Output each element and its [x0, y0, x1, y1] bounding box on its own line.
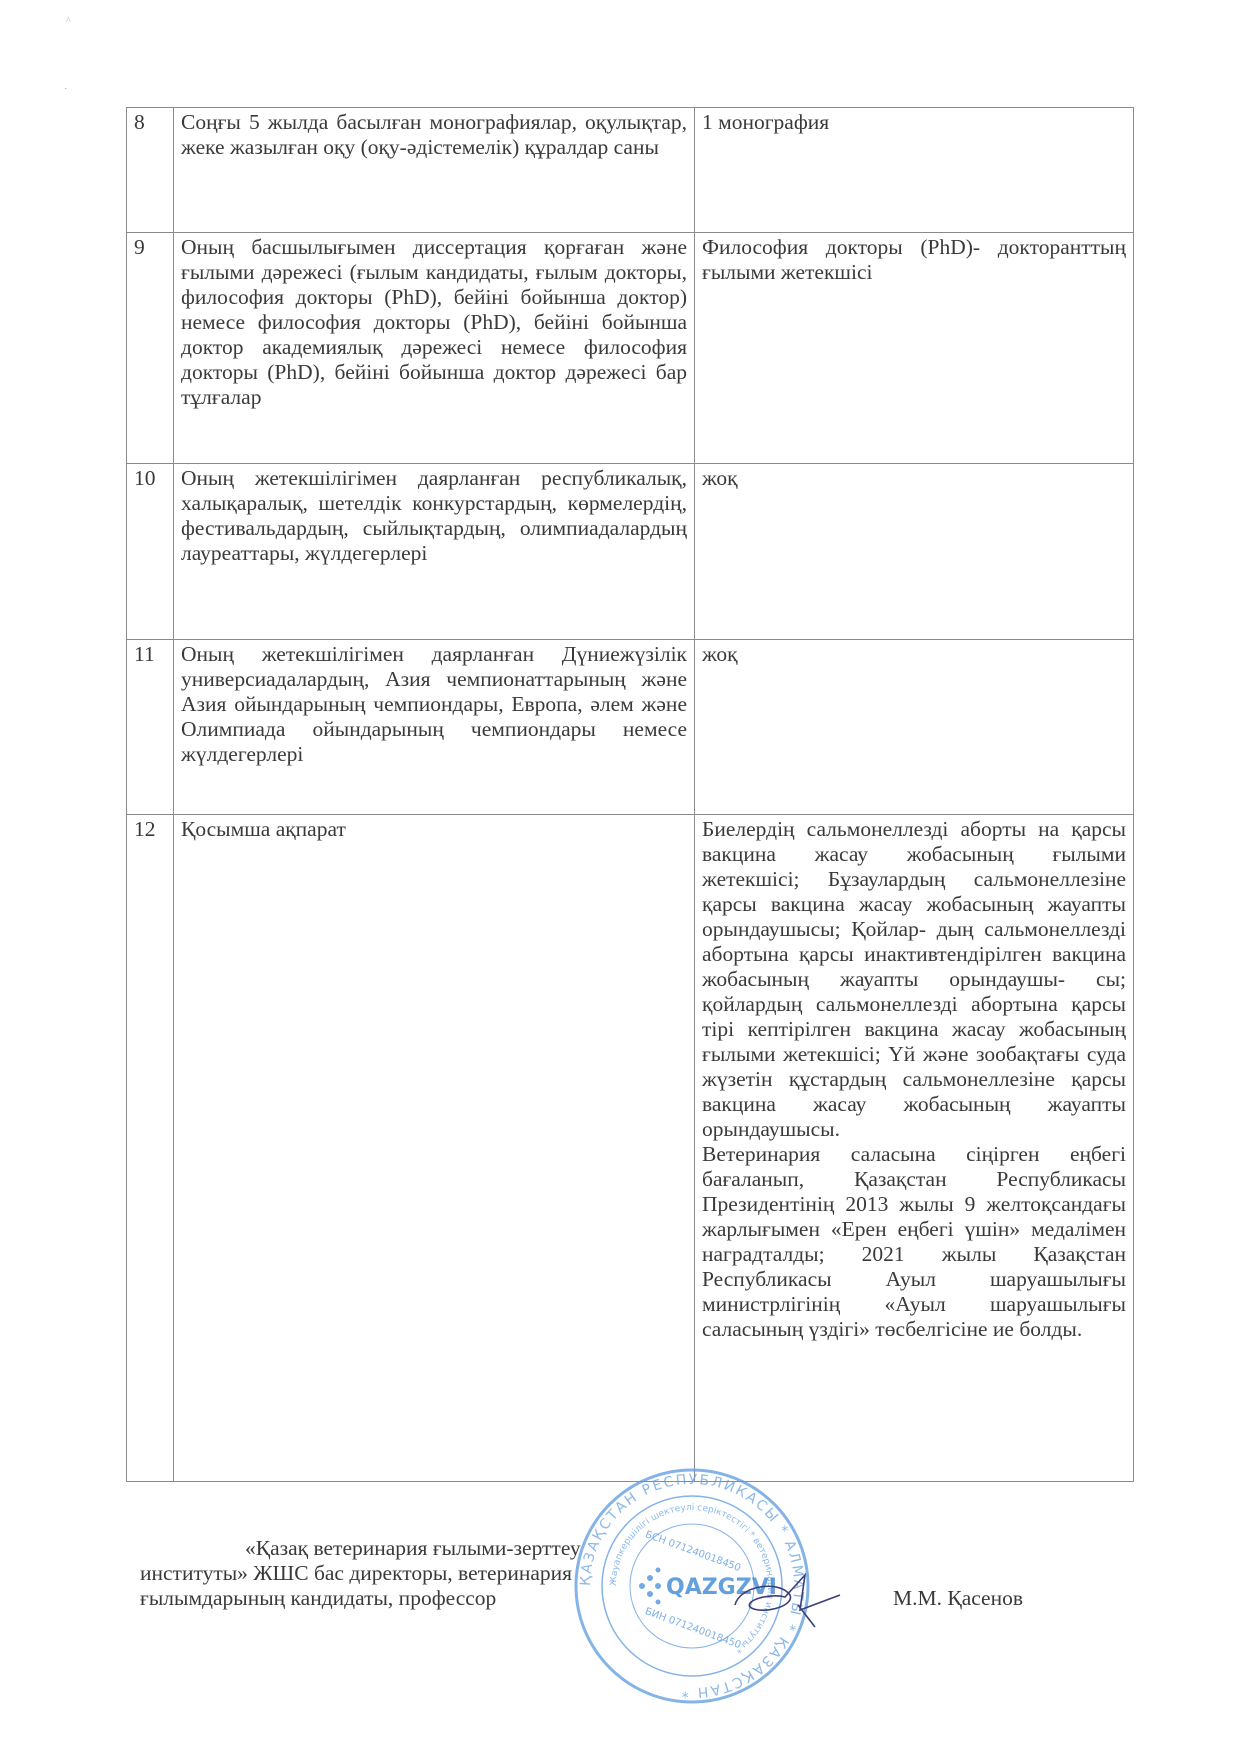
table-row: 11Оның жетекшілігімен даярланған Дүниежү… — [127, 640, 1134, 815]
value-paragraph: Ветеринария саласына сіңірген еңбегі бағ… — [702, 1142, 1126, 1342]
signer-position-line-3: ғылымдарының кандидаты, профессор — [140, 1586, 660, 1611]
table-row: 12Қосымша ақпарат Биелердің сальмонеллез… — [127, 815, 1134, 1482]
signer-position-line-1: «Қазақ ветеринария ғылыми-зерттеу — [140, 1536, 660, 1561]
value-paragraph: жоқ — [702, 642, 1126, 667]
value-paragraph: 1 монография — [702, 110, 1126, 135]
row-value: 1 монография — [695, 108, 1134, 233]
row-number: 12 — [127, 815, 174, 1482]
row-label: Оның жетекшілігімен даярланған Дүниежүзі… — [174, 640, 695, 815]
row-number: 11 — [127, 640, 174, 815]
row-value: Биелердің сальмонеллезді аборты на қарсы… — [695, 815, 1134, 1482]
row-value: жоқ — [695, 464, 1134, 640]
row-number: 10 — [127, 464, 174, 640]
info-table: 8Соңғы 5 жылда басылған монографиялар, о… — [126, 107, 1134, 1482]
row-label: Оның жетекшілігімен даярланған республик… — [174, 464, 695, 640]
signer-position-line-2: институты» ЖШС бас директоры, ветеринари… — [140, 1561, 660, 1586]
table-row: 9Оның басшылығымен диссертация қорғаған … — [127, 233, 1134, 464]
row-value: Философия докторы (PhD)- докторанттың ғы… — [695, 233, 1134, 464]
table-row: 8Соңғы 5 жылда басылған монографиялар, о… — [127, 108, 1134, 233]
row-label: Оның басшылығымен диссертация қорғаған ж… — [174, 233, 695, 464]
value-paragraph: Философия докторы (PhD)- докторанттың ғы… — [702, 235, 1126, 285]
row-value: жоқ — [695, 640, 1134, 815]
signer-name: М.М. Қасенов — [893, 1586, 1023, 1611]
scan-speck: ^ — [66, 16, 71, 27]
table-row: 10Оның жетекшілігімен даярланған республ… — [127, 464, 1134, 640]
row-label: Қосымша ақпарат — [174, 815, 695, 1482]
signature — [730, 1565, 850, 1635]
stamp-bin: БИН 071240018450 — [643, 1606, 742, 1651]
value-paragraph: Биелердің сальмонеллезді аборты на қарсы… — [702, 817, 1126, 1142]
row-number: 9 — [127, 233, 174, 464]
signature-block: «Қазақ ветеринария ғылыми-зерттеу инстит… — [140, 1536, 660, 1611]
value-paragraph: жоқ — [702, 466, 1126, 491]
row-number: 8 — [127, 108, 174, 233]
scan-speck: · — [64, 84, 67, 95]
row-label: Соңғы 5 жылда басылған монографиялар, оқ… — [174, 108, 695, 233]
